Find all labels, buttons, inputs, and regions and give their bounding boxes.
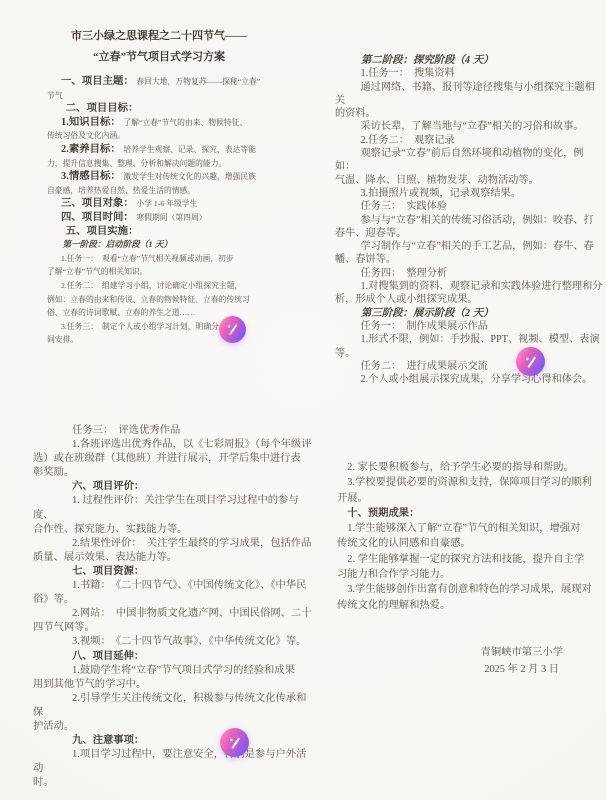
paragraph: 任务三： 评选优秀作品 (33, 424, 313, 438)
paragraph: 三、项目对象： 小学 1-6 年级学生 (47, 197, 271, 211)
paragraph: 2. 学生能够掌握一定的探究方法和技能，提升自主学 习能力和合作学习能力。 (337, 552, 592, 583)
paragraph: 2.引导学生关注传统文化，积极参与传统文化传承和保 护活动。 (33, 692, 313, 734)
section-heading: 二、项目目标： (47, 102, 271, 116)
section-heading: 十、预期成果： (337, 506, 592, 521)
signature-date: 2025 年 2 月 3 日 (337, 661, 592, 678)
doc-title-line1: 市三小绿之思课程之二十四节气—— (47, 26, 271, 47)
paragraph: 1.形式不限，例如：手抄报、PPT、视频、模型、表演 等。 (335, 333, 603, 360)
paragraph: 采访长辈，了解当地与“立春”相关的习俗和故事。 (335, 120, 603, 133)
paragraph: 2.网站： 中国非物质文化遗产网、中国民俗网、二十 四节气网等。 (33, 607, 313, 635)
paragraph: 学习制作与“立春”相关的手工艺品，例如：春牛、春 幡、春饼等。 (335, 240, 603, 267)
paragraph: 1.知识目标： 了解“立春”节气的由来、物候特征、 传统习俗及文化内涵。 (47, 116, 271, 143)
paragraph: 通过网络、书籍、报刊等途径搜集与小组探究主题相关 的资料。 (335, 81, 603, 121)
stage-heading: 第二阶段：探究阶段（4 天） (335, 54, 603, 67)
paragraph: 任务四： 整理分析 (335, 267, 603, 280)
paragraph: 2.个人或小组展示探究成果，分享学习心得和体会。 (335, 373, 603, 386)
paragraph: 3.学生能够创作出富有创意和特色的学习成果，展现对 传统文化的理解和热爱。 (337, 582, 592, 613)
paragraph: 1.书籍： 《二十四节气》、《中国传统文化》、《中华民 俗》等。 (33, 579, 313, 607)
paragraph: 一、项目主题： 春回大地，万物复苏——探秘“立春” 节气 (47, 75, 271, 102)
document-photo: { "page": { "background_color": "#f6f5f2… (0, 0, 606, 800)
paragraph: 2.结果性评价： 关注学生最终的学习成果，包括作品 质量、展示效果、表达能力等。 (33, 537, 313, 565)
ai-assistant-button[interactable] (516, 347, 545, 376)
paragraph: 3.情感目标： 激发学生对传统文化的兴趣，增强民族 自豪感，培养热爱自然、热爱生… (47, 170, 271, 197)
section-heading: 五、项目实施： (47, 225, 271, 239)
paragraph: 任务一： 制作成果展示作品 (335, 320, 603, 333)
paragraph: 1.鼓励学生将“立春”节气项目式学习的经验和成果 用到其他节气的学习中。 (33, 664, 313, 692)
paragraph: 四、项目时间： 寒假期间（第四周） (47, 211, 271, 225)
section-heading: 九、注意事项： (33, 734, 313, 748)
doc-title-line2: “立春”节气项目式学习方案 (47, 47, 271, 68)
magic-wand-icon (520, 351, 542, 373)
paragraph: 任务二： 进行成果展示交流 (335, 360, 603, 373)
paragraph: 1.各班评选出优秀作品，以《七彩周报》（每个年级评 选）或在班级群（其他班）并进… (33, 438, 313, 480)
page-bottom-right: 2. 家长要积极参与，给予学生必要的指导和帮助。 3.学校要提供必要的资源和支持… (337, 460, 592, 678)
stage-heading: 第三阶段：展示阶段（2 天） (335, 307, 603, 320)
section-heading: 八、项目延伸： (33, 650, 313, 664)
ai-assistant-button[interactable] (219, 316, 246, 343)
paragraph: 3.拍摄照片或视频，记录观察结果。 (335, 187, 603, 200)
stage-heading: 第一阶段：启动阶段（1 天） (47, 238, 271, 252)
page-top-left: 市三小绿之思课程之二十四节气—— “立春”节气项目式学习方案 一、项目主题： 春… (47, 26, 271, 347)
paragraph: 任务三： 实践体验 (335, 200, 603, 213)
paragraph: 1.任务一： 观看“立春”节气相关视频或动画，初步 了解“立春”节气的相关知识。 (47, 252, 271, 279)
paragraph: 2.素养目标： 培养学生观察、记录、探究、表达等能 力，提升信息搜集、整理、分析… (47, 143, 271, 170)
magic-wand-icon (224, 732, 246, 754)
ai-assistant-button[interactable] (220, 728, 249, 757)
paragraph: 1. 过程性评价：关注学生在项目学习过程中的参与度、 合作性、探究能力、实践能力… (33, 494, 313, 536)
magic-wand-icon (222, 319, 243, 340)
page-top-right: 第二阶段：探究阶段（4 天） 1.任务一： 搜集资料 通过网络、书籍、报刊等途径… (335, 54, 603, 386)
paragraph: 2. 家长要积极参与，给予学生必要的指导和帮助。 (337, 460, 592, 475)
paragraph: 3.学校要提供必要的资源和支持，保障项目学习的顺利 开展。 (337, 475, 592, 506)
page-bottom-left: 任务三： 评选优秀作品 1.各班评选出优秀作品，以《七彩周报》（每个年级评 选）… (33, 424, 313, 790)
paragraph: 观察记录“立春”前后自然环境和动植物的变化，例如： 气温、降水、日照、植物发芽、… (335, 147, 603, 187)
paragraph: 2.任务二： 组建学习小组，讨论确定小组探究主题， 例如：立春的由来和传说、立春… (47, 279, 271, 320)
paragraph: 1.项目学习过程中，要注意安全，特别是参与户外活动 时。 (33, 748, 313, 790)
section-heading: 七、项目资源： (33, 565, 313, 579)
paragraph: 1.对搜集到的资料、观察记录和实践体验进行整理和分 析，形成个人或小组探究成果。 (335, 280, 603, 307)
paragraph: 1.学生能够深入了解“立春”节气的相关知识，增强对 传统文化的认同感和自豪感。 (337, 521, 592, 552)
signature-school: 青铜峡市第三小学 (337, 644, 592, 661)
paragraph: 1.任务一： 搜集资料 (335, 67, 603, 80)
section-heading: 六、项目评价： (33, 480, 313, 494)
paragraph: 2.任务二： 观察记录 (335, 134, 603, 147)
paragraph: 3.视频： 《二十四节气故事》、《中华传统文化》等。 (33, 635, 313, 649)
paragraph: 参与与“立春”相关的传统习俗活动，例如：咬春、打 春牛、迎春等。 (335, 214, 603, 241)
